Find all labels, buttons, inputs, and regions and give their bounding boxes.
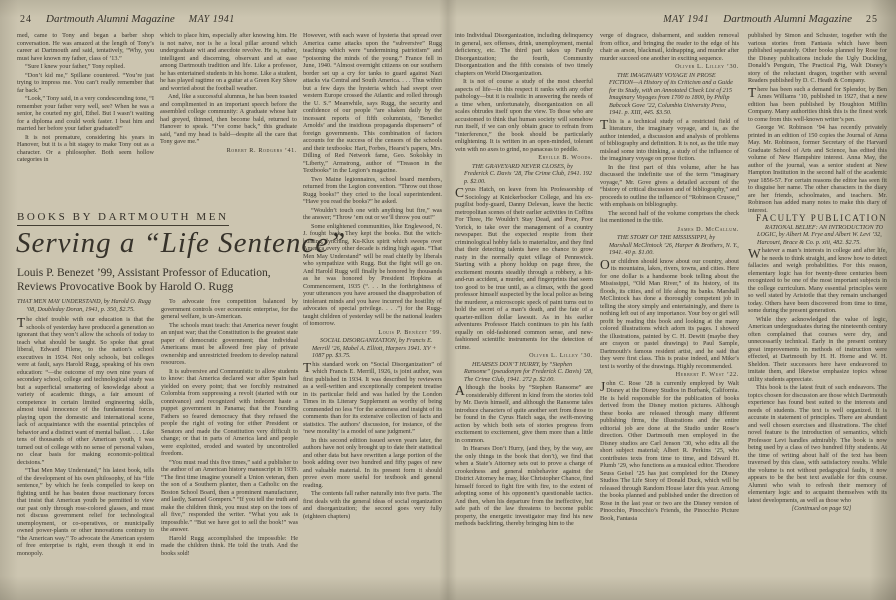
body-paragraph: “Don’t kid me,” Spillane countered. “You…: [17, 72, 154, 95]
reviewer-signature: Oliver L. Lilley ’30.: [600, 63, 739, 71]
reviewer-signature: Oliver L. Lilley ’30.: [455, 352, 593, 360]
body-paragraph: It is not of course a study of the most …: [455, 78, 593, 153]
article-byline: Louis P. Benezet ’99, Assistant Professo…: [17, 266, 303, 294]
left-page: 24 Dartmouth Alumni Magazine MAY 1941 me…: [0, 0, 448, 600]
right-page: MAY 1941 Dartmouth Alumni Magazine 25 in…: [448, 0, 896, 600]
body-paragraph: “Sure I knew your father,” Tony replied.: [17, 63, 154, 71]
body-paragraph: Harold Rugg accomplished the impossible:…: [161, 535, 298, 558]
body-paragraph: “Wouldn’t touch one with anything but fi…: [303, 207, 442, 222]
issue-date: MAY 1941: [189, 14, 235, 25]
book-citation: THE STORY OF THE MISSISSIPPI, by Marshal…: [600, 234, 739, 257]
body-paragraph: verge of disgrace, disbarment, and sudde…: [600, 32, 739, 62]
body-paragraph: Although the books by “Stephen Ransome” …: [455, 384, 593, 444]
body-paragraph: This standard work on “Social Disorganiz…: [303, 361, 442, 436]
book-citation: THE GRAVEYARD NEVER CLOSES, by Frederick…: [455, 163, 593, 186]
reviewer-signature: Herbert F. West ’22.: [600, 371, 739, 379]
body-paragraph: Cyrus Hatch, on leave from his Professor…: [455, 186, 593, 351]
article-body: THAT MEN MAY UNDERSTAND, by Harold O. Ru…: [17, 298, 298, 588]
left-running-header: 24 Dartmouth Alumni Magazine MAY 1941: [20, 13, 235, 25]
left-column-3: However, with each wave of hysteria that…: [303, 32, 442, 588]
right-column-1: into Individual Disorganization, includi…: [455, 32, 593, 590]
right-running-header: MAY 1941 Dartmouth Alumni Magazine 25: [663, 13, 878, 25]
body-paragraph: This is a technical study of a restricte…: [600, 118, 739, 163]
body-paragraph: In the first part of this volume, after …: [600, 164, 739, 209]
article-column-a: THAT MEN MAY UNDERSTAND, by Harold O. Ru…: [17, 298, 154, 588]
reviewer-signature: Robert R. Rodgers ’41.: [160, 147, 297, 155]
reviewer-signature: Louis P. Benézet ’99.: [303, 329, 442, 337]
body-paragraph: In this second edition issued seven year…: [303, 437, 442, 490]
continued-notice: [Continued on page 92]: [748, 505, 887, 513]
body-paragraph: “That Men May Understand,” his latest bo…: [17, 467, 154, 557]
byline-line-2: Reviews Provocative Book by Harold O. Ru…: [17, 280, 303, 294]
magazine-title: Dartmouth Alumni Magazine: [723, 13, 852, 25]
body-paragraph: This book is the latest fruit of such en…: [748, 384, 887, 504]
section-heading-faculty-publications: FACULTY PUBLICATIONS: [748, 215, 887, 223]
body-paragraph: The schools must teach: that America nev…: [161, 322, 298, 367]
body-paragraph: Two Maine legionnaires, school board mem…: [303, 176, 442, 206]
right-column-2: verge of disgrace, disbarment, and sudde…: [600, 32, 739, 590]
right-column-3: published by Simon and Schuster, togethe…: [748, 32, 887, 590]
body-paragraph: med, came to Tony and began a barber sho…: [17, 32, 154, 62]
body-paragraph: George W. Robinson ’94 has recently priv…: [748, 124, 887, 214]
book-citation: SOCIAL DISORGANIZATION, by Francis E. Me…: [303, 337, 442, 360]
issue-date: MAY 1941: [663, 14, 709, 25]
page-number: 25: [866, 14, 878, 25]
section-heading-books-by-dartmouth-men: BOOKS BY DARTMOUTH MEN: [17, 211, 229, 226]
body-paragraph: There has been such a demand for Splendo…: [748, 86, 887, 124]
book-citation: HEARSES DON’T HURRY, by “Stephen Ransome…: [455, 361, 593, 384]
body-paragraph: To advocate free competition balanced by…: [161, 298, 298, 321]
reviewer-signature: Erville B. Woods.: [455, 154, 593, 162]
article-column-b: To advocate free competition balanced by…: [161, 298, 298, 588]
body-paragraph: Our children should know about our count…: [600, 258, 739, 371]
magazine-title: Dartmouth Alumni Magazine: [46, 13, 175, 25]
body-paragraph: And, like a successful alumnus, he has b…: [160, 93, 297, 146]
body-paragraph: The chief trouble with our education is …: [17, 316, 154, 466]
body-paragraph: However, with each wave of hysteria that…: [303, 32, 442, 175]
body-paragraph: It is subversive and Communistic to allo…: [161, 368, 298, 458]
body-paragraph: “Look,” Tony said, in a very condescendi…: [17, 95, 154, 133]
body-paragraph: The second half of the volume comprises …: [600, 210, 739, 225]
reviewer-signature: James D. McCallum.: [600, 226, 739, 234]
book-citation: RATIONAL BELIEF: AN INTRODUCTION TO LOGI…: [748, 224, 887, 247]
article-title: Serving a “Life Sentence”: [16, 227, 302, 260]
book-citation: THAT MEN MAY UNDERSTAND, by Harold O. Ru…: [17, 298, 154, 313]
body-paragraph: published by Simon and Schuster, togethe…: [748, 32, 887, 85]
body-paragraph: It is not premature, considering his yea…: [17, 134, 154, 164]
body-paragraph: “You must read this five times,” said a …: [161, 459, 298, 534]
body-paragraph: The contents fall rather naturally into …: [303, 490, 442, 520]
left-column-1: med, came to Tony and began a barber sho…: [17, 32, 154, 206]
body-paragraph: John C. Rose ’28 is currently employed b…: [600, 380, 739, 523]
body-paragraph: into Individual Disorganization, includi…: [455, 32, 593, 77]
byline-line-1: Louis P. Benezet ’99, Assistant Professo…: [17, 266, 303, 280]
body-paragraph: Whatever a man’s interests in college an…: [748, 247, 887, 315]
body-paragraph: In Hearses Don’t Hurry, (and they, by th…: [455, 445, 593, 528]
body-paragraph: While they acknowledged the value of log…: [748, 316, 887, 384]
magazine-spread: 24 Dartmouth Alumni Magazine MAY 1941 me…: [0, 0, 896, 600]
body-paragraph: which to place him, especially after kno…: [160, 32, 297, 92]
book-citation: THE IMAGINARY VOYAGE IN PROSE FICTION—A …: [600, 72, 739, 117]
left-column-2: which to place him, especially after kno…: [160, 32, 297, 206]
page-number: 24: [20, 14, 32, 25]
